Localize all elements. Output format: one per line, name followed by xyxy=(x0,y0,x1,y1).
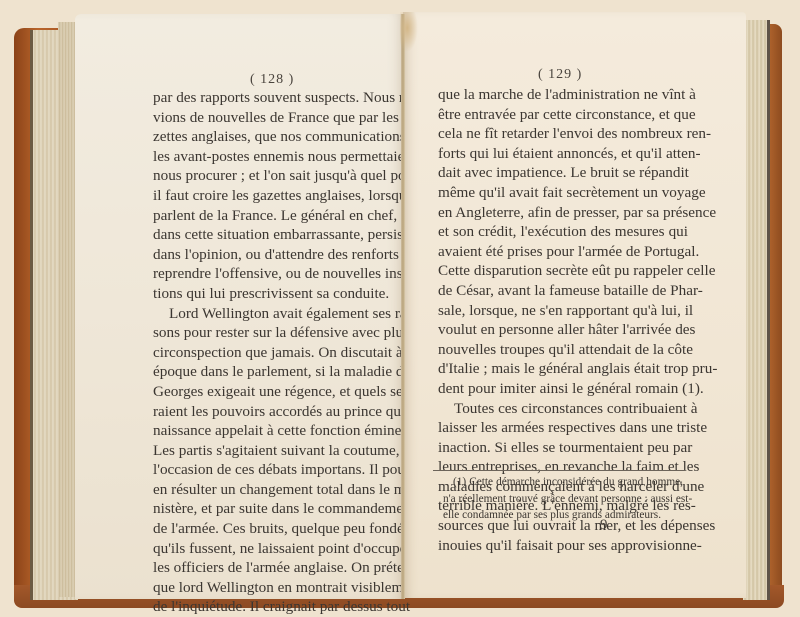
text-line: nouvelles troupes qu'il attendait de la … xyxy=(438,340,688,360)
text-line: raient les pouvoirs accordés au prince q… xyxy=(153,402,393,422)
text-line: que lord Wellington en montrait visiblem… xyxy=(153,578,393,598)
text-line: de l'inquiétude. Il craignait par dessus… xyxy=(153,597,393,617)
footnote-line: n'a réellement trouvé grâce devant perso… xyxy=(443,491,683,508)
text-line: dans l'opinion, ou d'attendre des renfor… xyxy=(153,245,393,265)
text-line: Les partis s'agitaient suivant la coutum… xyxy=(153,441,393,461)
text-line: dent pour imiter ainsi le général romain… xyxy=(438,379,688,399)
text-line: sale, lorsque, ne s'en rapportant qu'à l… xyxy=(438,301,688,321)
text-line: il faut croire les gazettes anglaises, l… xyxy=(153,186,393,206)
text-line: par des rapports souvent suspects. Nous … xyxy=(153,88,393,108)
text-line: dans cette situation embarrassante, pers… xyxy=(153,225,393,245)
text-line: tions qui lui prescrivissent sa conduite… xyxy=(153,284,393,304)
text-line: circonspection que jamais. On discutait … xyxy=(153,343,393,363)
text-line: Cette disparution secrète eût pu rappele… xyxy=(438,261,688,281)
text-line: nistère, et par suite dans le commandeme… xyxy=(153,499,393,519)
text-line: de l'armée. Ces bruits, quelque peu fond… xyxy=(153,519,393,539)
page-number-right: ( 129 ) xyxy=(538,67,582,83)
page-stack-left-inner xyxy=(58,22,76,597)
text-line: époque dans le parlement, si la maladie … xyxy=(153,362,393,382)
footnote-line: elle condamnée par ses plus grands admir… xyxy=(443,507,683,524)
text-line: que la marche de l'administration ne vîn… xyxy=(438,85,688,105)
text-line: cela ne fît retarder l'envoi des nombreu… xyxy=(438,124,688,144)
text-line: nous procurer ; et l'on sait jusqu'à que… xyxy=(153,166,393,186)
page-stain xyxy=(400,12,418,52)
left-page-text: par des rapports souvent suspects. Nous … xyxy=(153,88,393,617)
text-line: en résulter un changement total dans le … xyxy=(153,480,393,500)
text-line: inouies qu'il faisait pour ses approvisi… xyxy=(438,536,688,556)
text-line: dait avec impatience. Le bruit se répand… xyxy=(438,163,688,183)
text-line: qu'ils fussent, ne laissaient point d'oc… xyxy=(153,539,393,559)
text-line: parlent de la France. Le général en chef… xyxy=(153,206,393,226)
book-gutter xyxy=(401,14,405,599)
text-line: de César, avant la fameuse bataille de P… xyxy=(438,281,688,301)
text-line: sons pour rester sur la défensive avec p… xyxy=(153,323,393,343)
paragraph-start-line: Lord Wellington avait également ses rai- xyxy=(153,304,393,324)
text-line: reprendre l'offensive, ou de nouvelles i… xyxy=(153,264,393,284)
open-book: ( 128 ) par des rapports souvent suspect… xyxy=(0,0,800,617)
text-line: voulut en personne aller hâter l'arrivée… xyxy=(438,320,688,340)
paragraph-start-line: Toutes ces circonstances contribuaient à xyxy=(438,399,688,419)
text-line: vions de nouvelles de France que par les… xyxy=(153,108,393,128)
text-line: avaient été prises pour l'armée de Portu… xyxy=(438,242,688,262)
footnote-line: (1) Cette démarche inconsidérée du grand… xyxy=(443,474,683,491)
text-line: même qu'il avait fait secrètement un voy… xyxy=(438,183,688,203)
footnote: (1) Cette démarche inconsidérée du grand… xyxy=(443,474,683,524)
text-line: les officiers de l'armée anglaise. On pr… xyxy=(153,558,393,578)
text-line: et son crédit, l'exécution des mesures q… xyxy=(438,222,688,242)
text-line: zettes anglaises, que nos communications… xyxy=(153,127,393,147)
text-line: laisser les armées respectives dans une … xyxy=(438,418,688,438)
page-number-left: ( 128 ) xyxy=(250,72,294,88)
text-line: en Angleterre, afin de presser, par sa p… xyxy=(438,203,688,223)
text-line: forts qui lui étaient annoncés, et qu'il… xyxy=(438,144,688,164)
text-line: inaction. Si elles se tourmentaient peu … xyxy=(438,438,688,458)
text-line: l'occasion de ces débats importans. Il p… xyxy=(153,460,393,480)
text-line: les avant-postes ennemis nous permettaie… xyxy=(153,147,393,167)
right-page: ( 129 ) que la marche de l'administratio… xyxy=(403,12,746,598)
text-line: naissance appelait à cette fonction émin… xyxy=(153,421,393,441)
text-line: d'Italie ; mais le général anglais était… xyxy=(438,359,688,379)
text-line: Georges exigeait une régence, et quels s… xyxy=(153,382,393,402)
page-stack-right xyxy=(743,20,770,600)
footnote-divider xyxy=(433,470,685,471)
left-page: ( 128 ) par des rapports souvent suspect… xyxy=(75,14,405,599)
signature-mark: 9 xyxy=(600,517,608,534)
text-line: être entravée par cette circonstance, et… xyxy=(438,105,688,125)
